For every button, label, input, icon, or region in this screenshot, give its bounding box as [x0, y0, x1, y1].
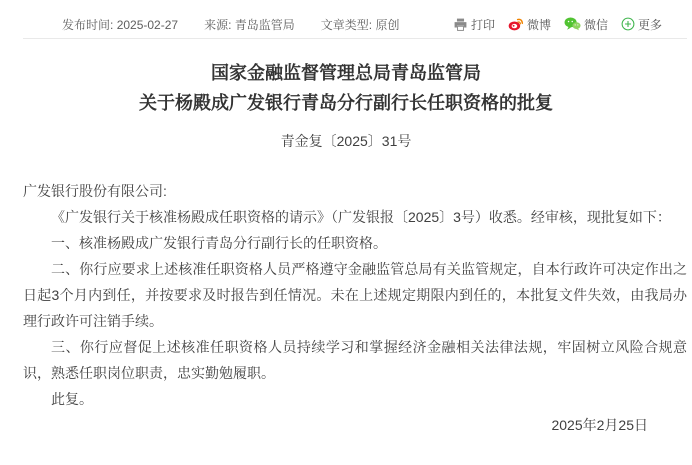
- document-body: 广发银行股份有限公司: 《广发银行关于核准杨殿成任职资格的请示》（广发银报〔20…: [0, 178, 692, 438]
- weibo-share-button[interactable]: 微博: [508, 16, 551, 33]
- wechat-label: 微信: [584, 16, 608, 33]
- meta-bar: 发布时间: 2025-02-27 来源: 青岛监管局 文章类型: 原创 打印 微…: [0, 0, 692, 38]
- publish-time: 发布时间: 2025-02-27: [62, 16, 178, 33]
- plus-circle-icon: [621, 17, 635, 31]
- document-title: 国家金融监督管理总局青岛监管局 关于杨殿成广发银行青岛分行副行长任职资格的批复: [0, 58, 692, 118]
- closing-line: 此复。: [23, 386, 687, 412]
- publish-time-label: 发布时间:: [62, 18, 113, 32]
- share-actions: 打印 微博 微信: [453, 16, 662, 33]
- document-content: 国家金融监督管理总局青岛监管局 关于杨殿成广发银行青岛分行副行长任职资格的批复 …: [0, 58, 692, 438]
- print-button[interactable]: 打印: [453, 16, 495, 33]
- salutation: 广发银行股份有限公司:: [23, 178, 687, 204]
- document-number: 青金复〔2025〕31号: [0, 131, 692, 151]
- more-share-button[interactable]: 更多: [621, 16, 662, 33]
- publish-time-value: 2025-02-27: [117, 18, 178, 32]
- source-label: 来源:: [204, 18, 231, 32]
- more-label: 更多: [638, 16, 662, 33]
- article-type-value: 原创: [375, 18, 399, 32]
- doc-paragraph: 三、你行应督促上述核准任职资格人员持续学习和掌握经济金融相关法律法规，牢固树立风…: [23, 334, 687, 386]
- header-divider: [23, 38, 687, 39]
- doc-paragraph: 二、你行应要求上述核准任职资格人员严格遵守金融监管总局有关监管规定，自本行政许可…: [23, 256, 687, 334]
- document-date: 2025年2月25日: [23, 412, 687, 438]
- weibo-label: 微博: [527, 16, 551, 33]
- doc-paragraph: 一、核准杨殿成广发银行青岛分行副行长的任职资格。: [23, 230, 687, 256]
- source-value: 青岛监管局: [235, 18, 295, 32]
- article-metadata: 发布时间: 2025-02-27 来源: 青岛监管局 文章类型: 原创: [62, 16, 399, 33]
- document-title-line1: 国家金融监督管理总局青岛监管局: [211, 63, 481, 83]
- article-type: 文章类型: 原创: [321, 16, 400, 33]
- printer-icon: [453, 18, 468, 31]
- document-title-line2: 关于杨殿成广发银行青岛分行副行长任职资格的批复: [139, 93, 553, 113]
- wechat-share-button[interactable]: 微信: [564, 16, 608, 33]
- source: 来源: 青岛监管局: [204, 16, 295, 33]
- print-label: 打印: [471, 16, 495, 33]
- wechat-icon: [564, 17, 581, 31]
- article-type-label: 文章类型:: [321, 18, 372, 32]
- doc-paragraph: 《广发银行关于核准杨殿成任职资格的请示》（广发银报〔2025〕3号）收悉。经审核…: [23, 204, 687, 230]
- weibo-icon: [508, 17, 524, 31]
